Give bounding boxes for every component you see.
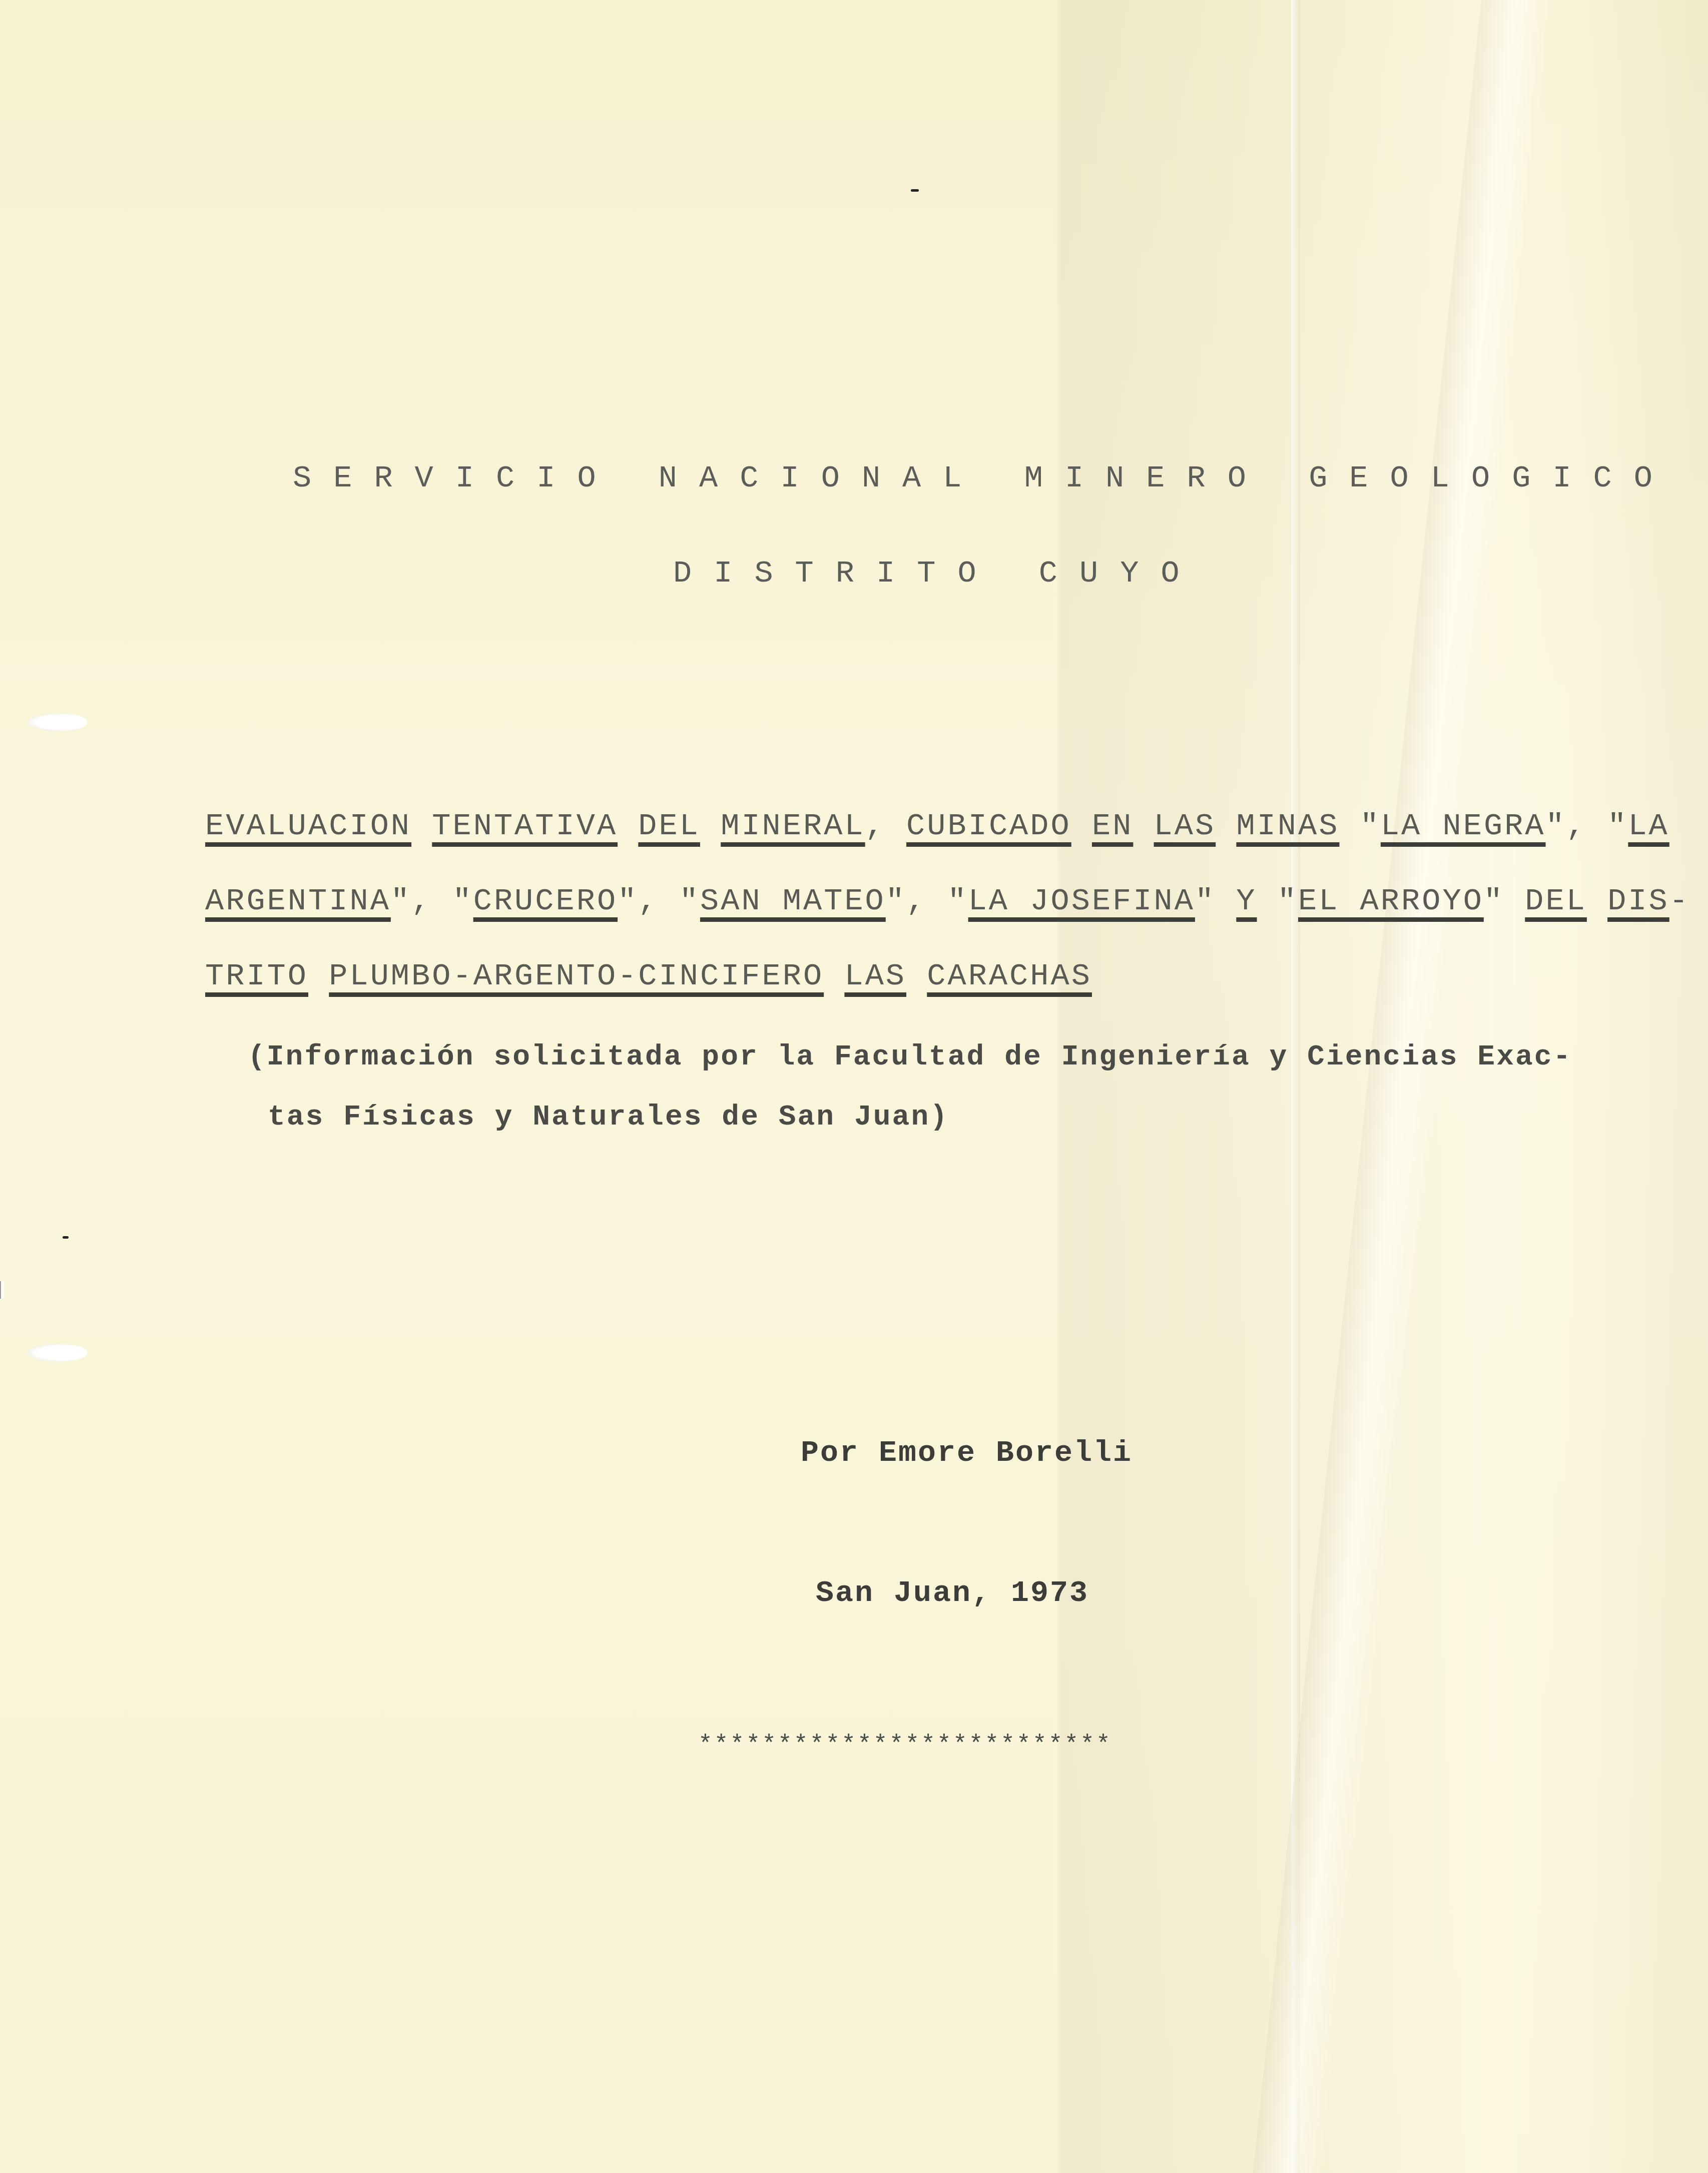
title-segment [1071,808,1092,844]
title-line: ARGENTINA", "CRUCERO", "SAN MATEO", "LA … [205,883,1690,919]
institution-heading: SERVICIO NACIONAL MINERO GEOLOGICO [293,460,1674,496]
subtitle-line: tas Físicas y Naturales de San Juan) [268,1101,949,1134]
title-segment: ", " [886,883,968,919]
title-segment [906,958,927,994]
title-segment [1216,808,1236,844]
district-heading: DISTRITO CUYO [673,556,1202,591]
title-segment: - [1669,883,1690,919]
title-segment: " [1195,883,1236,919]
title-segment [308,958,329,994]
title-segment: TENTATIVA [432,808,618,844]
title-segment: EL ARROYO [1298,883,1484,919]
separator-asterisks: ************************** [698,1732,1112,1759]
title-line: TRITO PLUMBO-ARGENTO-CINCIFERO LAS CARAC… [205,958,1092,994]
title-segment [1587,883,1607,919]
title-segment: LA JOSEFINA [968,883,1195,919]
title-segment: DIS [1607,883,1669,919]
title-segment: LAS [1154,808,1216,844]
title-segment [824,958,844,994]
title-segment: " [1484,883,1525,919]
title-segment [1133,808,1154,844]
title-segment: PLUMBO-ARGENTO-CINCIFERO [329,958,824,994]
punch-hole [28,1344,88,1362]
title-segment: CARACHAS [927,958,1092,994]
title-segment: EVALUACION [205,808,411,844]
subtitle-line: (Información solicitada por la Facultad … [248,1041,1572,1073]
author-line: Por Emore Borelli [801,1436,1132,1470]
title-segment [618,808,638,844]
title-segment [411,808,432,844]
title-segment: MINAS [1236,808,1339,844]
title-segment: CUBICADO [906,808,1071,844]
title-segment: ", " [618,883,700,919]
title-segment: " [1339,808,1380,844]
title-segment: EN [1092,808,1133,844]
ink-speck [911,189,919,192]
title-segment: DEL [638,808,700,844]
title-segment [700,808,721,844]
title-line: EVALUACION TENTATIVA DEL MINERAL, CUBICA… [205,808,1669,844]
title-segment: LA [1628,808,1669,844]
title-segment: , [865,808,906,844]
punch-hole [28,713,88,731]
title-segment: CRUCERO [473,883,618,919]
title-segment: TRITO [205,958,308,994]
place-date-line: San Juan, 1973 [816,1576,1089,1610]
ink-speck [63,1236,69,1239]
title-segment: LAS [844,958,906,994]
title-segment: LA NEGRA [1381,808,1546,844]
title-segment: ARGENTINA [205,883,391,919]
title-segment: ", " [391,883,473,919]
title-segment: MINERAL [721,808,865,844]
title-segment: DEL [1525,883,1587,919]
title-segment: " [1257,883,1298,919]
page-edge-mark [0,1281,4,1299]
title-segment: Y [1236,883,1257,919]
title-segment: SAN MATEO [700,883,886,919]
title-segment: ", " [1546,808,1628,844]
